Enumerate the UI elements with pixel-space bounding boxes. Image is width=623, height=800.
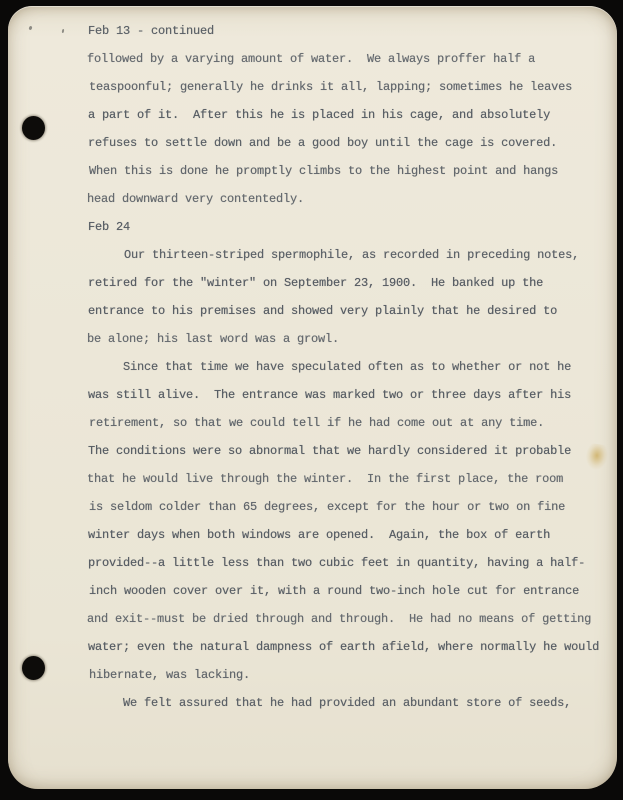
typed-line: teaspoonful; generally he drinks it all,…: [89, 73, 609, 101]
typed-line: We felt assured that he had provided an …: [88, 689, 608, 717]
typed-text-block: Feb 13 - continued followed by a varying…: [88, 17, 608, 717]
typed-line: that he would live through the winter. I…: [87, 465, 607, 493]
typed-line: entrance to his premises and showed very…: [88, 297, 608, 325]
typed-line: head downward very contentedly.: [87, 185, 607, 213]
date-heading-feb-24: Feb 24: [88, 213, 608, 241]
typed-line: provided--a little less than two cubic f…: [88, 549, 608, 577]
typed-line: refuses to settle down and be a good boy…: [88, 129, 608, 157]
date-heading-feb-13: Feb 13 - continued: [88, 17, 608, 45]
typed-line: Our thirteen-striped spermophile, as rec…: [89, 241, 609, 269]
notebook-page: Feb 13 - continued followed by a varying…: [8, 6, 617, 789]
typed-line: The conditions were so abnormal that we …: [88, 437, 608, 465]
scan-background: Feb 13 - continued followed by a varying…: [0, 0, 623, 800]
punch-hole-top: [22, 116, 45, 140]
typed-line: winter days when both windows are opened…: [88, 521, 608, 549]
typed-line: followed by a varying amount of water. W…: [87, 45, 607, 73]
typed-line: retirement, so that we could tell if he …: [89, 409, 609, 437]
typed-line: was still alive. The entrance was marked…: [88, 381, 608, 409]
typed-line: hibernate, was lacking.: [89, 661, 609, 689]
typed-line: a part of it. After this he is placed in…: [88, 101, 608, 129]
dust-mark: [62, 29, 65, 33]
typed-line: is seldom colder than 65 degrees, except…: [89, 493, 609, 521]
typed-line: inch wooden cover over it, with a round …: [89, 577, 609, 605]
typed-line: When this is done he promptly climbs to …: [89, 157, 609, 185]
dust-mark: [28, 26, 32, 31]
typed-line: Since that time we have speculated often…: [88, 353, 608, 381]
typed-line: water; even the natural dampness of eart…: [88, 633, 608, 661]
typed-line: be alone; his last word was a growl.: [87, 325, 607, 353]
typed-line: and exit--must be dried through and thro…: [87, 605, 607, 633]
punch-hole-bottom: [22, 656, 45, 680]
typed-line: retired for the "winter" on September 23…: [88, 269, 608, 297]
